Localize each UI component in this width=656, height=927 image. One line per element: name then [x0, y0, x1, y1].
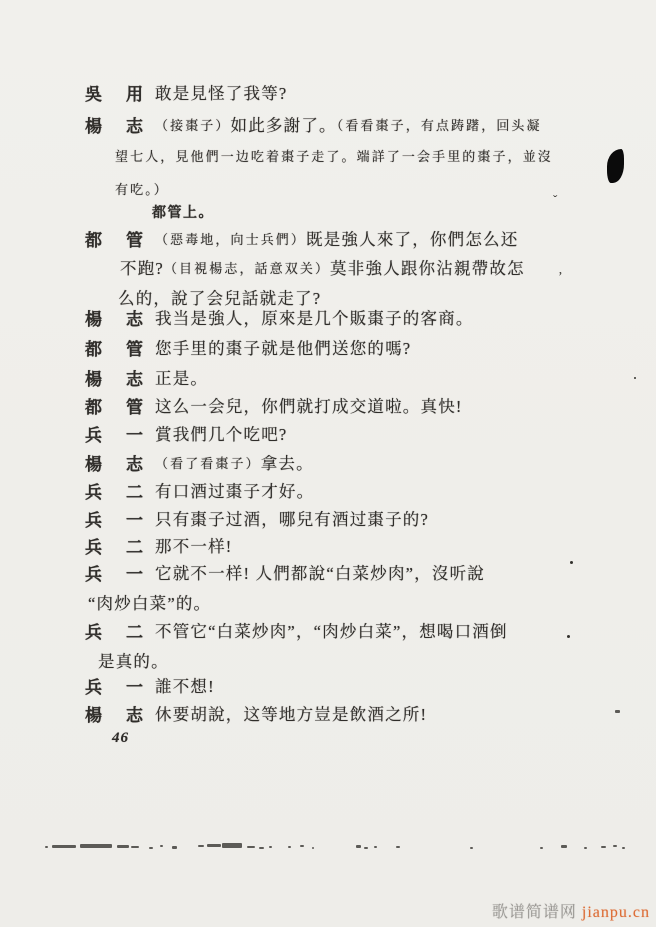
smudge-dash [247, 846, 255, 848]
speaker-name-char: 楊 [85, 112, 102, 137]
speaker-name-char: 楊 [85, 701, 102, 726]
speaker-name-char: 志 [126, 450, 143, 475]
dialogue-text: 都管上。 [152, 202, 214, 222]
scan-speck-artifact: ’ [558, 270, 563, 286]
smudge-dash [45, 846, 48, 848]
dialogue-text: 賞我們几个吃吧? [155, 421, 287, 445]
speaker-name-char: 一 [126, 421, 143, 446]
speaker-name-char: 志 [126, 701, 143, 726]
script-line-continuation: 不跑?（目視楊志，話意双关）莫非強人跟你沾親帶故怎 [120, 255, 525, 279]
dialogue-text: 望七人，見他們一边吃着棗子走了。端詳了一会手里的棗子，並沒 [115, 146, 553, 167]
dialogue-text: 您手里的棗子就是他們送您的嗎? [155, 335, 411, 359]
script-line: 兵一誰不想! [85, 673, 215, 698]
speaker-name-char: 都 [85, 335, 102, 360]
smudge-dash [300, 845, 304, 847]
speaker-name-char: 都 [85, 226, 102, 251]
line-text: 有口酒过棗子才好。 [155, 482, 314, 501]
line-text: 您手里的棗子就是他們送您的嗎? [155, 339, 411, 358]
watermark: 歌谱简谱网jianpu.cn [492, 899, 650, 922]
watermark-site-url: jianpu.cn [582, 904, 650, 921]
smudge-dash [52, 845, 76, 848]
scan-speck-artifact [615, 710, 620, 713]
speaker-name-char: 二 [126, 533, 143, 558]
smudge-dash [160, 845, 163, 847]
speaker-name-char: 都 [85, 393, 102, 418]
dialogue-text: （看了看棗子）拿去。 [155, 450, 314, 474]
script-line: 楊志（看了看棗子）拿去。 [85, 450, 314, 475]
dialogue-text: 有口酒过棗子才好。 [155, 478, 314, 502]
smudge-dash [131, 846, 139, 848]
parenthetical-text: （惡毒地，向士兵們） [155, 232, 306, 247]
speaker-name-char: 志 [126, 112, 143, 137]
speaker-name-char: 楊 [85, 305, 102, 330]
line-text: 莫非強人跟你沾親帶故怎 [330, 259, 525, 278]
script-line: 兵二有口酒过棗子才好。 [85, 478, 314, 503]
line-text: 只有棗子过酒，哪兒有酒过棗子的? [155, 510, 429, 529]
script-line: 都管这么一会兒，你們就打成交道啦。真快! [85, 393, 463, 418]
smudge-dash [356, 845, 361, 848]
dialogue-text: 敢是見怪了我等? [155, 80, 287, 104]
speaker-name: 兵二 [85, 533, 143, 558]
line-text: 它就不一样! 人們都說“白菜炒肉”，沒听說 [155, 564, 485, 583]
line-text: 这么一会兒，你們就打成交道啦。真快! [155, 397, 463, 416]
dialogue-text: 那不一样! [155, 533, 233, 557]
speaker-name: 兵二 [85, 618, 143, 643]
speaker-name-char: 一 [126, 506, 143, 531]
line-text: 誰不想! [155, 677, 215, 696]
smudge-dash [613, 845, 617, 847]
dialogue-text: 不跑?（目視楊志，話意双关）莫非強人跟你沾親帶故怎 [120, 255, 525, 279]
dialogue-text: 只有棗子过酒，哪兒有酒过棗子的? [155, 506, 429, 530]
script-line: 都管您手里的棗子就是他們送您的嗎? [85, 335, 411, 360]
speaker-name-char: 一 [126, 560, 143, 585]
smudge-dash [312, 847, 314, 849]
script-line: 兵一只有棗子过酒，哪兒有酒过棗子的? [85, 506, 429, 531]
parenthetical-text: 有吃。） [115, 182, 169, 197]
speaker-name-char: 管 [126, 335, 143, 360]
line-text: 正是。 [155, 369, 208, 388]
dialogue-text: 正是。 [155, 365, 208, 389]
line-text: 我当是強人，原來是几个販棗子的客商。 [155, 309, 474, 328]
parenthetical-text: （目視楊志，話意双关） [164, 261, 330, 276]
speaker-name: 兵二 [85, 478, 143, 503]
script-line: 楊志正是。 [85, 365, 208, 390]
speaker-name-char: 用 [126, 80, 143, 105]
speaker-name: 楊志 [85, 305, 143, 330]
speaker-name: 兵一 [85, 560, 143, 585]
smudge-dash [622, 847, 625, 849]
smudge-dash [601, 846, 606, 848]
script-line: 楊志（接棗子）如此多謝了。（看看棗子，有点踌躇，回头凝 [85, 112, 542, 137]
line-text: 敢是見怪了我等? [155, 84, 287, 103]
dialogue-text: 誰不想! [155, 673, 215, 697]
dialogue-text: 我当是強人，原來是几个販棗子的客商。 [155, 305, 474, 329]
speaker-name-char: 二 [126, 618, 143, 643]
line-text: “肉炒白菜”的。 [88, 594, 211, 613]
parenthetical-text: （看看棗子，有点踌躇，回头凝 [337, 118, 542, 133]
smudge-dash [80, 844, 112, 848]
speaker-name-char: 楊 [85, 365, 102, 390]
smudge-dash [198, 845, 204, 847]
line-text: 是真的。 [98, 652, 169, 671]
speaker-name: 兵一 [85, 673, 143, 698]
speaker-name-char: 兵 [85, 673, 102, 698]
smudge-dash [269, 846, 272, 848]
script-line-continuation: 有吃。） [115, 179, 169, 200]
script-line: 兵二不管它“白菜炒肉”，“肉炒白菜”，想喝口酒倒 [85, 618, 508, 643]
speaker-name: 兵一 [85, 506, 143, 531]
line-text: 休要胡說，这等地方豈是飲酒之所! [155, 705, 427, 724]
smudge-dash [364, 847, 368, 849]
smudge-dash [470, 847, 473, 849]
speaker-name-char: 兵 [85, 506, 102, 531]
speaker-name: 兵一 [85, 421, 143, 446]
parenthetical-text: （看了看棗子） [155, 456, 261, 471]
script-line: 兵一它就不一样! 人們都說“白菜炒肉”，沒听說 [85, 560, 485, 585]
speaker-name-char: 管 [126, 226, 143, 251]
speaker-name: 楊志 [85, 701, 143, 726]
speaker-name-char: 吳 [85, 80, 102, 105]
script-line: 吳用敢是見怪了我等? [85, 80, 287, 105]
smudge-dash [561, 845, 567, 848]
smudge-dash [288, 846, 291, 848]
speaker-name-char: 管 [126, 393, 143, 418]
dialogue-text: 休要胡說，这等地方豈是飲酒之所! [155, 701, 427, 725]
smudge-dash [584, 847, 587, 849]
dialogue-text: 这么一会兒，你們就打成交道啦。真快! [155, 393, 463, 417]
dialogue-text: 有吃。） [115, 179, 169, 200]
dialogue-text: 它就不一样! 人們都說“白菜炒肉”，沒听說 [155, 560, 485, 584]
line-text: 如此多謝了。 [231, 116, 337, 135]
line-text: 不跑? [120, 259, 164, 278]
stage-direction: 都管上。 [152, 206, 214, 221]
scan-speck-artifact [634, 377, 636, 379]
speaker-name-char: 兵 [85, 560, 102, 585]
dialogue-text: 不管它“白菜炒肉”，“肉炒白菜”，想喝口酒倒 [155, 618, 508, 642]
watermark-site-name: 歌谱简谱网 [492, 904, 577, 921]
speaker-name: 楊志 [85, 365, 143, 390]
dialogue-text: （惡毒地，向士兵們）既是強人來了，你們怎么还 [155, 226, 518, 250]
dialogue-text: 是真的。 [98, 648, 169, 672]
smudge-dash [149, 847, 153, 849]
scanned-script-page: 吳用敢是見怪了我等?楊志（接棗子）如此多謝了。（看看棗子，有点踌躇，回头凝望七人… [0, 0, 656, 927]
script-line-continuation: 望七人，見他們一边吃着棗子走了。端詳了一会手里的棗子，並沒 [115, 146, 553, 167]
parenthetical-text: 望七人，見他們一边吃着棗子走了。端詳了一会手里的棗子，並沒 [115, 149, 553, 164]
parenthetical-text: （接棗子） [155, 118, 231, 133]
smudge-dash [540, 847, 543, 849]
smudge-dash [396, 846, 400, 848]
speaker-name: 楊志 [85, 450, 143, 475]
smudge-dash [259, 847, 264, 849]
speaker-name-char: 一 [126, 673, 143, 698]
script-line: 楊志休要胡說，这等地方豈是飲酒之所! [85, 701, 427, 726]
speaker-name-char: 楊 [85, 450, 102, 475]
script-line: 都管（惡毒地，向士兵們）既是強人來了，你們怎么还 [85, 226, 518, 251]
scan-speck-artifact: ˇ [553, 192, 557, 208]
smudge-dash [172, 846, 177, 849]
speaker-name: 都管 [85, 226, 143, 251]
speaker-name: 吳用 [85, 80, 143, 105]
line-text: 那不一样! [155, 537, 233, 556]
speaker-name-char: 兵 [85, 618, 102, 643]
speaker-name-char: 兵 [85, 533, 102, 558]
speaker-name: 都管 [85, 393, 143, 418]
script-line-continuation: 都管上。 [152, 202, 214, 222]
smudge-dash [207, 844, 221, 847]
line-text: 不管它“白菜炒肉”，“肉炒白菜”，想喝口酒倒 [155, 622, 508, 641]
scan-speck-artifact [567, 635, 570, 638]
speaker-name-char: 兵 [85, 478, 102, 503]
script-line-continuation: 是真的。 [98, 648, 169, 672]
dialogue-text: （接棗子）如此多謝了。（看看棗子，有点踌躇，回头凝 [155, 112, 542, 136]
ink-blot-artifact [607, 149, 624, 183]
speaker-name-char: 志 [126, 305, 143, 330]
line-text: 既是強人來了，你們怎么还 [306, 230, 518, 249]
dialogue-text: “肉炒白菜”的。 [88, 590, 211, 614]
smudge-dash [117, 845, 129, 848]
line-text: 賞我們几个吃吧? [155, 425, 287, 444]
script-line: 兵一賞我們几个吃吧? [85, 421, 287, 446]
scan-speck-artifact [570, 561, 573, 564]
speaker-name: 楊志 [85, 112, 143, 137]
speaker-name-char: 兵 [85, 421, 102, 446]
line-text: 拿去。 [261, 454, 314, 473]
page-number: 46 [112, 730, 129, 747]
speaker-name-char: 志 [126, 365, 143, 390]
script-line: 楊志我当是強人，原來是几个販棗子的客商。 [85, 305, 474, 330]
speaker-name-char: 二 [126, 478, 143, 503]
smudge-dash [374, 846, 377, 848]
script-line: 兵二那不一样! [85, 533, 233, 558]
smudge-dash [222, 843, 242, 848]
script-line-continuation: “肉炒白菜”的。 [88, 590, 211, 614]
speaker-name: 都管 [85, 335, 143, 360]
